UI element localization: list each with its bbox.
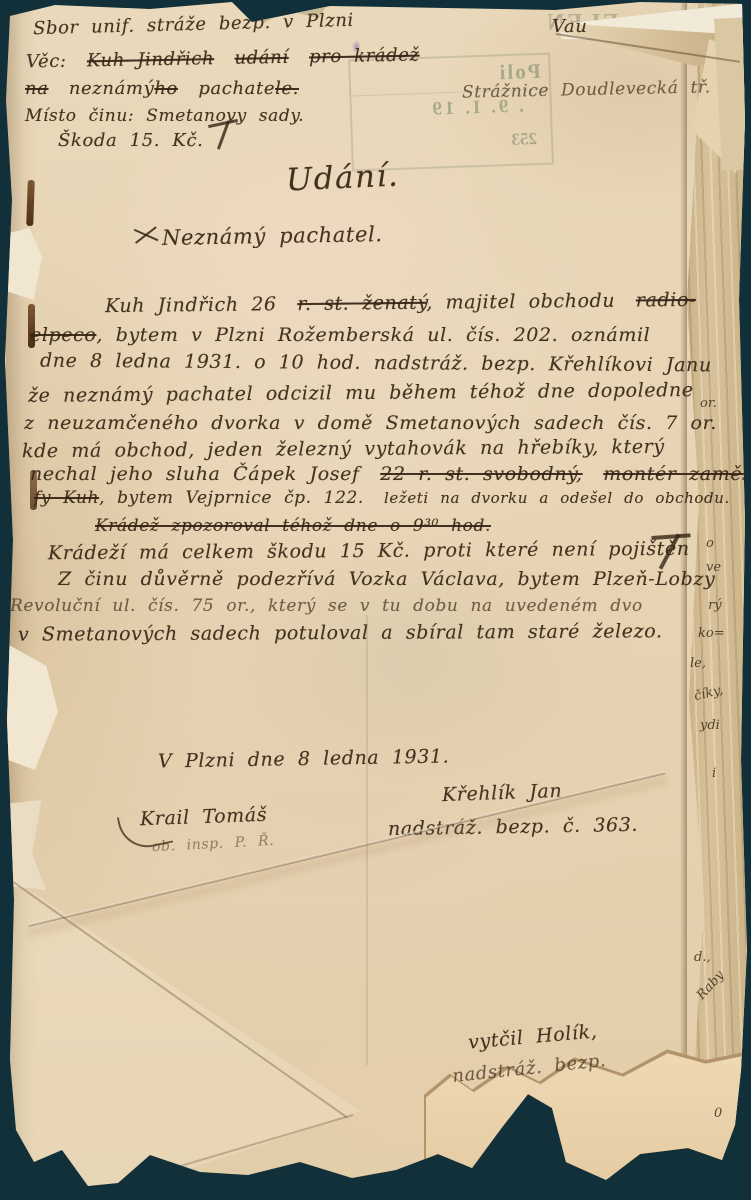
header-damage-line: Škoda 15. Kč. bbox=[58, 130, 203, 151]
body-line: že neznámý pachatel odcizil mu během téh… bbox=[28, 379, 694, 407]
text-run: že neznámý pachatel odcizil mu během téh… bbox=[28, 379, 694, 407]
text-run: Krail Tomáš bbox=[140, 804, 268, 830]
text-run: Kuh Jindřich 26 bbox=[105, 293, 277, 317]
body-line: Revoluční ul. čís. 75 or., který se v tu… bbox=[10, 596, 643, 616]
struck-text: na bbox=[25, 78, 49, 99]
struck-text: elpeco bbox=[30, 324, 96, 346]
page-subtitle: Neznámý pachatel. bbox=[162, 222, 383, 250]
header-station-line: Strážnice Doudlevecká tř. bbox=[462, 77, 711, 102]
struck-text: udání bbox=[234, 47, 289, 69]
torn-chip bbox=[0, 640, 58, 770]
dateline: V Plzni dne 8 ledna 1931. bbox=[158, 745, 450, 772]
signature-countersign-name: Krail Tomáš bbox=[140, 804, 268, 830]
center-fold-crease bbox=[366, 615, 368, 1065]
margin-fragment: ko= bbox=[698, 626, 725, 641]
bleedthrough-stamp: Poli . 9. I. 19 253 bbox=[348, 53, 554, 172]
body-line: fy Kuh, bytem Vejprnice čp. 122. ležeti … bbox=[34, 488, 730, 508]
struck-text: radio- bbox=[636, 289, 696, 312]
margin-fragment: 0 bbox=[714, 1106, 722, 1121]
struck-text: pro krádež bbox=[309, 45, 420, 68]
text-run: Neznámý pachatel. bbox=[162, 222, 383, 250]
fold-crease-shadow bbox=[28, 775, 667, 938]
struck-text: r. st. ženatý bbox=[297, 292, 426, 315]
header-dept-line: Sbor unif. stráže bezp. v Plzni bbox=[33, 10, 354, 39]
body-line: Krádeží má celkem škodu 15 Kč. proti kte… bbox=[48, 538, 690, 564]
struck-text: Kuh Jindřich bbox=[87, 48, 215, 71]
stamp-number: 253 bbox=[511, 129, 537, 150]
page-title: Udání. bbox=[285, 158, 400, 199]
body-line: v Smetanových sadech potuloval a sbíral … bbox=[18, 620, 663, 645]
header-place-line: Místo činu: Smetanovy sady. bbox=[25, 106, 304, 126]
text-run: v Smetanových sadech potuloval a sbíral … bbox=[18, 620, 663, 645]
text-run: Strážnice Doudlevecká tř. bbox=[462, 77, 711, 102]
text-run: pachate bbox=[198, 78, 275, 99]
text-run: , bytem Vejprnice čp. 122. bbox=[99, 488, 364, 508]
struck-text: le. bbox=[275, 78, 299, 99]
body-line-struck: Krádež zpozoroval téhož dne o 9³⁰ hod. bbox=[95, 516, 491, 536]
text-run: Sbor unif. stráže bezp. v Plzni bbox=[33, 10, 354, 39]
margin-fragment: or. bbox=[700, 396, 717, 411]
torn-chip bbox=[0, 800, 46, 890]
text-run: kde má obchod, jeden železný vytahovák n… bbox=[22, 436, 665, 462]
margin-fragment: ydi bbox=[700, 718, 720, 733]
body-line: Kuh Jindřich 26 r. st. ženatý, majitel o… bbox=[105, 289, 696, 317]
struck-text: ho bbox=[154, 78, 178, 99]
note-signature-name: vytčil Holík, bbox=[467, 1020, 598, 1053]
page-edge-shadow bbox=[680, 0, 687, 1130]
struck-text: 22 r. st. svobodný, bbox=[380, 463, 582, 485]
text-run: , bytem v Plzni Rožemberská ul. čís. 202… bbox=[96, 324, 650, 346]
margin-fragment: d., bbox=[694, 950, 711, 965]
text-run: Revoluční ul. čís. 75 or., který se v tu… bbox=[10, 596, 643, 616]
scanned-document: Poli . 9. I. 19 253 ELEN Sbor unif. strá… bbox=[0, 0, 751, 1200]
text-run: Z činu důvěrně podezřívá Vozka Václava, … bbox=[58, 568, 715, 590]
body-line: elpeco, bytem v Plzni Rožemberská ul. čí… bbox=[30, 324, 650, 346]
margin-fragment: ve bbox=[706, 560, 721, 575]
text-run: Vau bbox=[552, 16, 587, 37]
body-line: dne 8 ledna 1931. o 10 hod. nadstráž. be… bbox=[40, 350, 712, 377]
text-run: Udání. bbox=[285, 158, 400, 199]
paper-page: Poli . 9. I. 19 253 ELEN Sbor unif. strá… bbox=[0, 0, 751, 1200]
body-line: nechal jeho sluha Čápek Josef 22 r. st. … bbox=[30, 463, 751, 485]
text-run: vytčil Holík, bbox=[467, 1020, 598, 1053]
fold-crease bbox=[28, 771, 666, 927]
body-line: Z činu důvěrně podezřívá Vozka Václava, … bbox=[58, 568, 715, 590]
scratch-mark bbox=[133, 224, 159, 248]
struck-text: montér zaměstnán bbox=[603, 463, 751, 485]
text-run: Místo činu: Smetanovy sady. bbox=[25, 106, 304, 126]
margin-fragment: i bbox=[712, 766, 716, 781]
text-run: Krádeží má celkem škodu 15 Kč. proti kte… bbox=[48, 538, 690, 564]
text-run: , majitel obchodu bbox=[426, 290, 615, 314]
body-line: kde má obchod, jeden železný vytahovák n… bbox=[22, 436, 665, 462]
text-run: z neuzamčeného dvorka v domě Smetanových… bbox=[24, 412, 717, 434]
margin-fragment: o bbox=[706, 536, 714, 551]
margin-fragment: le, bbox=[690, 656, 706, 671]
struck-text: fy Kuh bbox=[34, 488, 99, 508]
text-run: Věc: bbox=[26, 51, 67, 73]
body-line: z neuzamčeného dvorka v domě Smetanových… bbox=[24, 412, 717, 434]
header-addressee-line: na neznámýho pachatele. bbox=[25, 78, 299, 99]
text-run: Škoda 15. Kč. bbox=[58, 130, 203, 151]
margin-fragment: rý bbox=[708, 598, 722, 613]
text-run: neznámý bbox=[69, 78, 155, 99]
text-run: ležeti na dvorku a odešel do obchodu. bbox=[384, 489, 730, 507]
text-run: dne 8 ledna 1931. o 10 hod. nadstráž. be… bbox=[40, 350, 712, 377]
header-corner-note: Vau bbox=[552, 16, 587, 37]
text-run: nechal jeho sluha Čápek Josef bbox=[30, 463, 360, 485]
text-run: V Plzni dne 8 ledna 1931. bbox=[158, 745, 450, 772]
struck-text: Krádež zpozoroval téhož dne o 9³⁰ hod. bbox=[95, 516, 491, 536]
